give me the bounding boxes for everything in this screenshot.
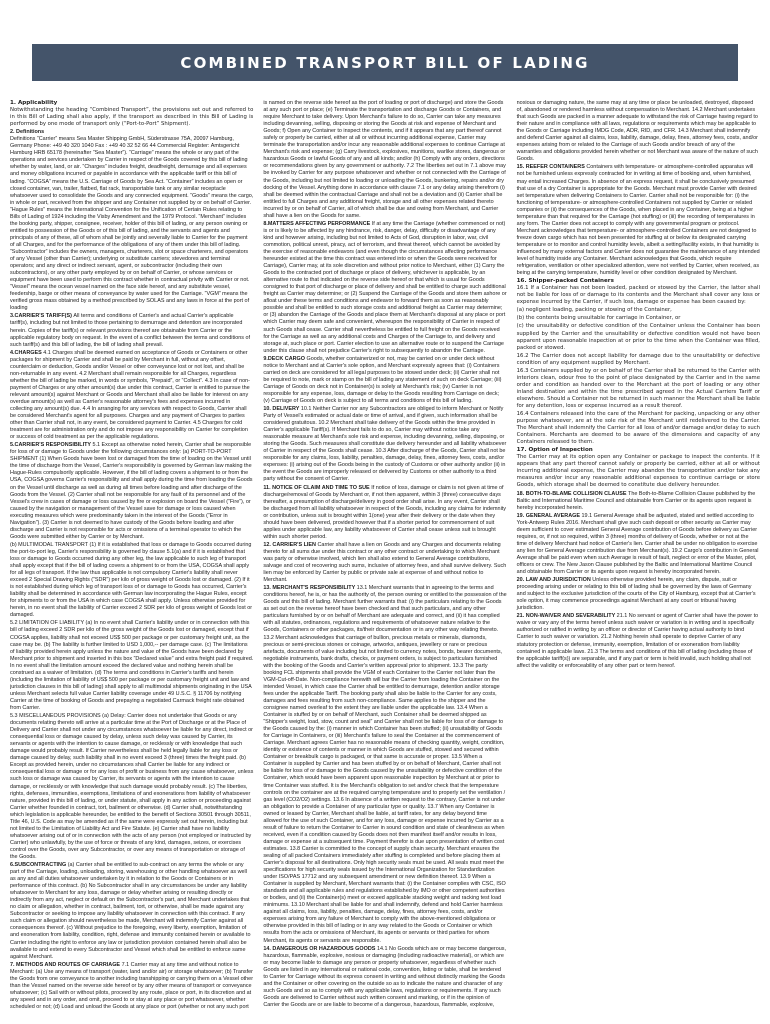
clause-paragraph: 6.SUBCONTRACTING (a) Carrier shall be en… xyxy=(10,862,253,961)
clause: 6.SUBCONTRACTING (a) Carrier shall be en… xyxy=(10,862,253,961)
clause-paragraph: (a) negligent loading, packing or stowin… xyxy=(517,307,760,314)
clause-heading: 8.MATTERS AFFECTING PERFORMANCE xyxy=(263,221,371,227)
clause-paragraph: 10. DELIVERY 10.1 Neither Carrier nor an… xyxy=(263,406,506,484)
clause-heading: 20. LAW AND JURISDICTION xyxy=(517,577,593,583)
clause: 3.CARRIER'S TARIFF(S) All terms and cond… xyxy=(10,313,253,348)
document-title: COMBINED TRANSPORT BILL OF LADING xyxy=(180,54,589,72)
clause-heading: 11. NOTICE OF CLAIM AND TIME TO SUE xyxy=(263,485,371,491)
clause-paragraph: (b) MULTIMODAL TRANSPORT (1) If it is es… xyxy=(10,542,253,620)
clause-paragraph: 20. LAW AND JURISDICTION Unless otherwis… xyxy=(517,577,760,612)
clause-paragraph: 21. NON-WAIVER AND SEVERABILITY 21.1 No … xyxy=(517,613,760,669)
clause: 1. ApplicabilityNotwithstanding the head… xyxy=(10,100,253,128)
clause-heading: 1. Applicability xyxy=(10,100,253,107)
clause-heading: 7. METHODS AND ROUTES OF CARRIAGE xyxy=(10,962,122,968)
clause: 11. NOTICE OF CLAIM AND TIME TO SUE If n… xyxy=(263,485,506,541)
clause-paragraph: Notwithstanding the heading “Combined Tr… xyxy=(10,107,253,128)
clause: 16. Shipper-packed Containers16.1 If a C… xyxy=(517,278,760,446)
clause-paragraph: 16.4 Containers released into the care o… xyxy=(517,411,760,446)
clause-heading: 9.DECK CARGO xyxy=(263,356,306,362)
clause-heading: 12. CARRIER'S LIEN xyxy=(263,542,317,548)
clause: 20. LAW AND JURISDICTION Unless otherwis… xyxy=(517,577,760,612)
clause: 19. GENERAL AVERAGE 19.1 General Average… xyxy=(517,513,760,576)
document-title-bar: COMBINED TRANSPORT BILL OF LADING xyxy=(32,44,738,81)
clause-paragraph: 16.2 The Carrier does not accept liabili… xyxy=(517,353,760,367)
clause-paragraph: 15. REEFER CONTAINERS Containers with te… xyxy=(517,164,760,277)
clause-heading: 4.CHARGES xyxy=(10,350,43,356)
clause-paragraph: 11. NOTICE OF CLAIM AND TIME TO SUE If n… xyxy=(263,485,506,541)
clause-paragraph: 9.DECK CARGO Goods, whether containerize… xyxy=(263,356,506,405)
clause-paragraph: Definitions “Carrier” means Sea Master S… xyxy=(10,136,253,312)
clause-paragraph: The Carrier may at its option open any C… xyxy=(517,454,760,489)
clause-paragraph: 4.CHARGES 4.1 Charges shall be deemed ea… xyxy=(10,350,253,442)
clause-heading: 16. Shipper-packed Containers xyxy=(517,278,760,285)
clause-heading: 10. DELIVERY xyxy=(263,406,300,412)
clause: 13. MERCHANT'S RESPONSIBILITY 13.1 Merch… xyxy=(263,585,506,944)
clause: 5.CARRIER'S RESPONSIBILITY 5.1 Except as… xyxy=(10,442,253,861)
clause-heading: 19. GENERAL AVERAGE xyxy=(517,513,582,519)
clause-paragraph: 12. CARRIER'S LIEN Carrier shall have a … xyxy=(263,542,506,584)
clause-paragraph: 5.CARRIER'S RESPONSIBILITY 5.1 Except as… xyxy=(10,442,253,541)
clause: 9.DECK CARGO Goods, whether containerize… xyxy=(263,356,506,405)
clause-heading: 5.CARRIER'S RESPONSIBILITY xyxy=(10,442,92,448)
clause-paragraph: 13. MERCHANT'S RESPONSIBILITY 13.1 Merch… xyxy=(263,585,506,944)
clause-paragraph: 16.3 Containers supplied by or on behalf… xyxy=(517,368,760,410)
clause-paragraph: 19. GENERAL AVERAGE 19.1 General Average… xyxy=(517,513,760,576)
clause-paragraph: 3.CARRIER'S TARIFF(S) All terms and cond… xyxy=(10,313,253,348)
clause-heading: 14. DANGEROUS OR HAZARDOUS GOODS xyxy=(263,946,377,952)
clause-heading: 3.CARRIER'S TARIFF(S) xyxy=(10,313,73,319)
clause: 17. Option of InspectionThe Carrier may … xyxy=(517,447,760,489)
clause: 15. REEFER CONTAINERS Containers with te… xyxy=(517,164,760,277)
clause: 12. CARRIER'S LIEN Carrier shall have a … xyxy=(263,542,506,584)
clause: 2. DefinitionsDefinitions “Carrier” mean… xyxy=(10,129,253,312)
clause-paragraph: (c) the unsuitability or defective condi… xyxy=(517,323,760,351)
clause-heading: 21. NON-WAIVER AND SEVERABILITY xyxy=(517,613,617,619)
clause-paragraph: 5.2 LIMITATION OF LIABILITY (a) In no ev… xyxy=(10,620,253,712)
clause-heading: 18. BOTH-TO-BLAME COLLISION CLAUSE xyxy=(517,491,628,497)
clause: 10. DELIVERY 10.1 Neither Carrier nor an… xyxy=(263,406,506,484)
clause-heading: 15. REEFER CONTAINERS xyxy=(517,164,587,170)
clauses-columns: 1. ApplicabilityNotwithstanding the head… xyxy=(10,100,760,1014)
clause-paragraph: 16.1 If a Container has not been loaded,… xyxy=(517,285,760,306)
clause-paragraph: (b) the contents being unsuitable for ca… xyxy=(517,315,760,322)
clause-paragraph: 5.3 MISCELLANEOUS PROVISIONS (a) Delay: … xyxy=(10,713,253,861)
clause: 21. NON-WAIVER AND SEVERABILITY 21.1 No … xyxy=(517,613,760,669)
clause-paragraph: 18. BOTH-TO-BLAME COLLISION CLAUSE The B… xyxy=(517,491,760,512)
clause-heading: 2. Definitions xyxy=(10,129,253,136)
clause-paragraph: 8.MATTERS AFFECTING PERFORMANCE If at an… xyxy=(263,221,506,355)
clause-heading: 17. Option of Inspection xyxy=(517,447,760,454)
clause-heading: 6.SUBCONTRACTING xyxy=(10,862,68,868)
clause: 4.CHARGES 4.1 Charges shall be deemed ea… xyxy=(10,350,253,442)
clause: 8.MATTERS AFFECTING PERFORMANCE If at an… xyxy=(263,221,506,355)
clause: 18. BOTH-TO-BLAME COLLISION CLAUSE The B… xyxy=(517,491,760,512)
clause-heading: 13. MERCHANT'S RESPONSIBILITY xyxy=(263,585,356,591)
bill-of-lading-terms-page: COMBINED TRANSPORT BILL OF LADING 1. App… xyxy=(0,0,770,1024)
